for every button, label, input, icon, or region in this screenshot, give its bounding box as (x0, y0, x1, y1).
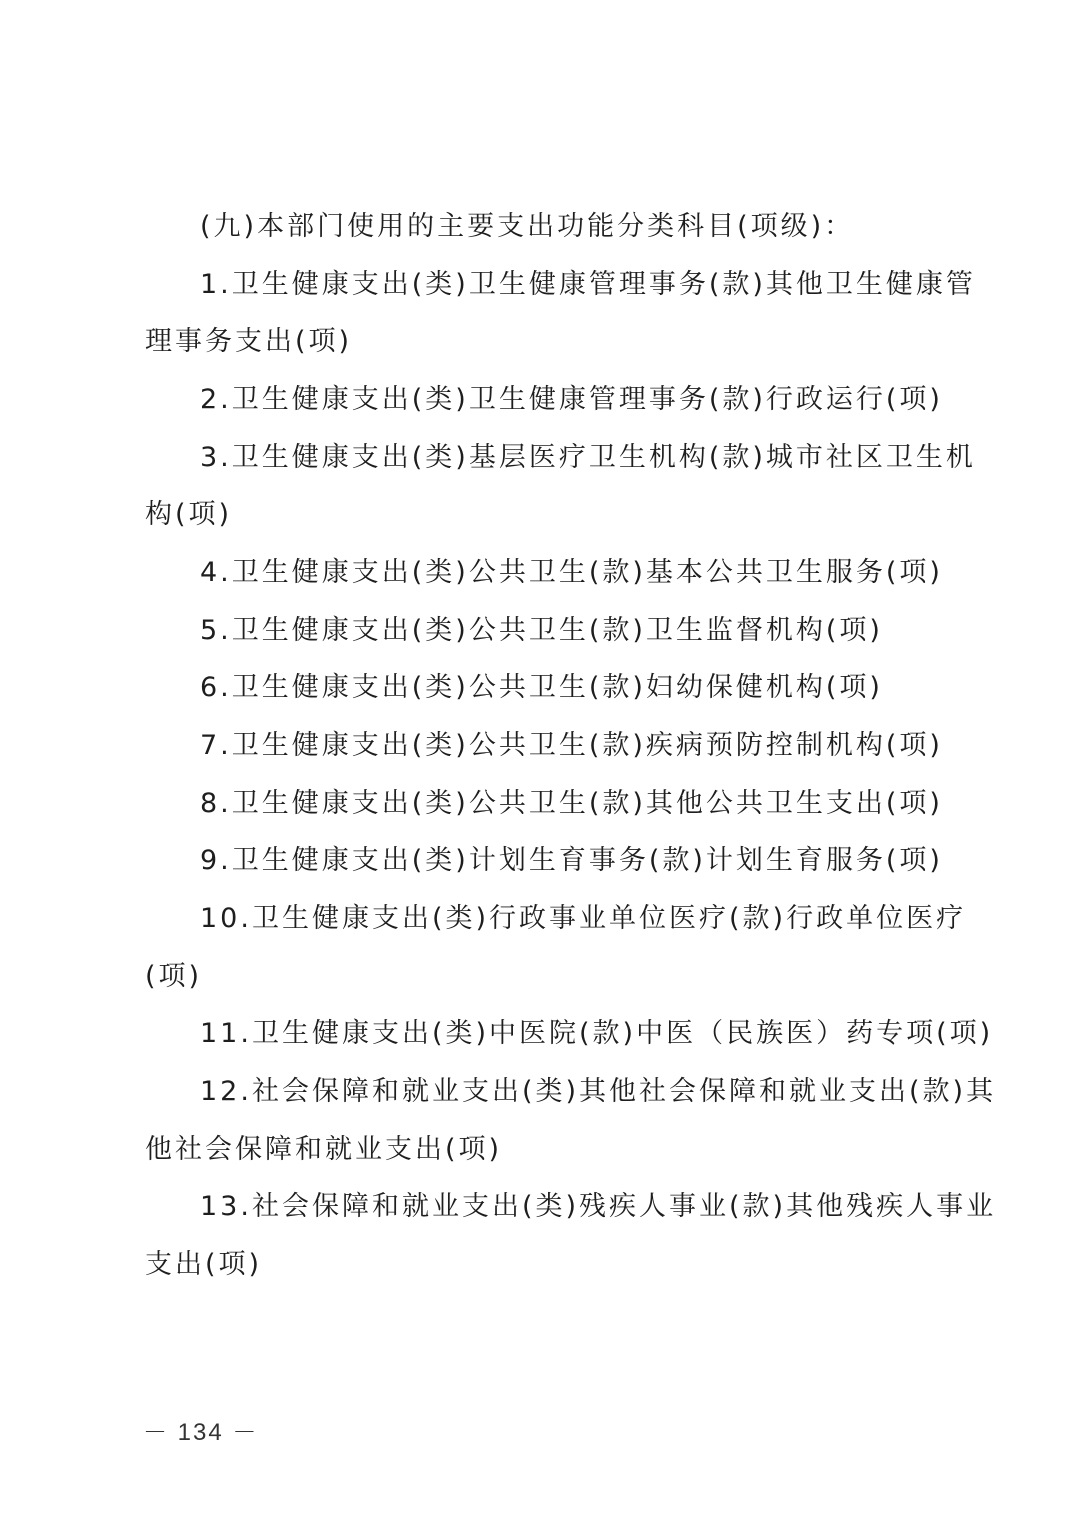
list-item-3-line1: 3.卫生健康支出(类)基层医疗卫生机构(款)城市社区卫生机 (200, 441, 976, 475)
list-item-4: 4.卫生健康支出(类)公共卫生(款)基本公共卫生服务(项) (200, 556, 943, 590)
list-item-9: 9.卫生健康支出(类)计划生育事务(款)计划生育服务(项) (200, 844, 943, 878)
list-item-12-line2: 他社会保障和就业支出(项) (145, 1133, 502, 1167)
list-item-1-line1: 1.卫生健康支出(类)卫生健康管理事务(款)其他卫生健康管 (200, 268, 976, 302)
list-item-12-line1: 12.社会保障和就业支出(类)其他社会保障和就业支出(款)其 (200, 1075, 996, 1109)
list-item-8: 8.卫生健康支出(类)公共卫生(款)其他公共卫生支出(项) (200, 787, 943, 821)
list-item-7: 7.卫生健康支出(类)公共卫生(款)疾病预防控制机构(项) (200, 729, 943, 763)
list-item-11: 11.卫生健康支出(类)中医院(款)中医（民族医）药专项(项) (200, 1017, 993, 1051)
list-item-13-line1: 13.社会保障和就业支出(类)残疾人事业(款)其他残疾人事业 (200, 1190, 996, 1224)
list-item-13-line2: 支出(项) (145, 1248, 262, 1282)
list-item-1-line2: 理事务支出(项) (145, 325, 352, 359)
section-heading: (九)本部门使用的主要支出功能分类科目(项级)： (200, 210, 854, 244)
list-item-10-line1: 10.卫生健康支出(类)行政事业单位医疗(款)行政单位医疗 (200, 902, 966, 936)
list-item-6: 6.卫生健康支出(类)公共卫生(款)妇幼保健机构(项) (200, 671, 883, 705)
list-item-5: 5.卫生健康支出(类)公共卫生(款)卫生监督机构(项) (200, 614, 883, 648)
document-page: (九)本部门使用的主要支出功能分类科目(项级)： 1.卫生健康支出(类)卫生健康… (0, 0, 1074, 1520)
list-item-10-line2: (项) (145, 960, 202, 994)
page-number: － 134 － (143, 1412, 258, 1447)
list-item-3-line2: 构(项) (145, 498, 232, 532)
list-item-2: 2.卫生健康支出(类)卫生健康管理事务(款)行政运行(项) (200, 383, 943, 417)
